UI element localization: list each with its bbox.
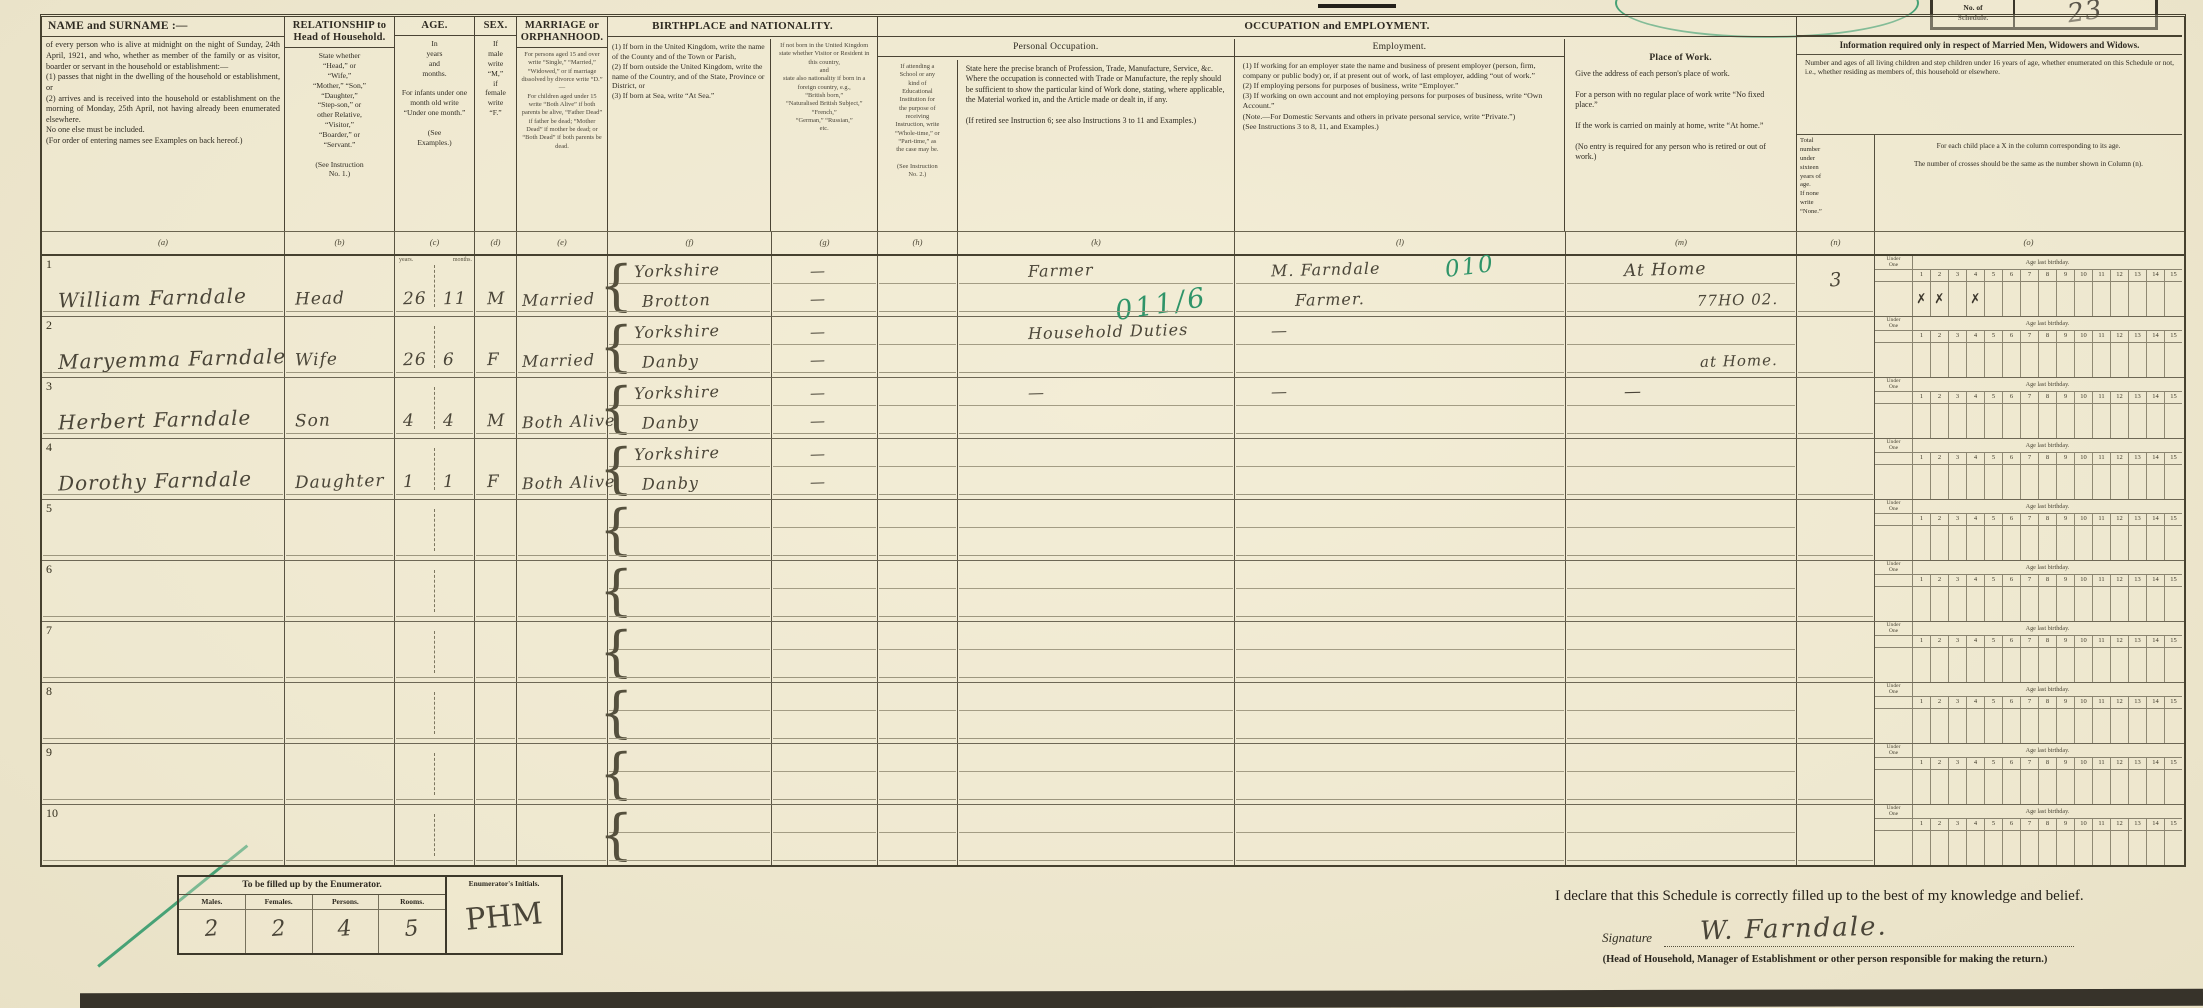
age-grid-number-11: 11 bbox=[2093, 270, 2111, 281]
birthplace-section-title: BIRTHPLACE and NATIONALITY. bbox=[608, 17, 877, 37]
age-grid-number-9: 9 bbox=[2057, 575, 2075, 586]
age-grid-number-12: 12 bbox=[2111, 758, 2129, 769]
name-handwritten: Herbert Farndale bbox=[58, 405, 252, 434]
cell-education bbox=[878, 805, 958, 865]
age-grid-numbers: 123456789101112131415 bbox=[1875, 758, 2182, 770]
age-grid-cell-7 bbox=[2021, 587, 2039, 621]
age-grid-cell-11 bbox=[2093, 465, 2111, 499]
cell-place-of-work bbox=[1566, 744, 1797, 804]
cell-total-children bbox=[1797, 317, 1875, 377]
age-grid-cell-13 bbox=[2129, 404, 2147, 438]
cell-relationship: Wife bbox=[285, 317, 395, 377]
age-grid-cell-15 bbox=[2165, 648, 2182, 682]
column-header-occupation-employment: OCCUPATION and EMPLOYMENT. Personal Occu… bbox=[878, 17, 1797, 231]
age-grid-number-11: 11 bbox=[2093, 636, 2111, 647]
age-grid-heading: Age last birthday. bbox=[1913, 683, 2182, 696]
cell-age bbox=[395, 683, 475, 743]
age-grid-cell-1 bbox=[1913, 587, 1931, 621]
age-grid-number-3: 3 bbox=[1949, 331, 1967, 342]
age-grid-heading: Age last birthday. bbox=[1913, 744, 2182, 757]
age-grid-number-2: 2 bbox=[1931, 514, 1949, 525]
age-grid-cell-11 bbox=[2093, 526, 2111, 560]
table-row-8: 8{Under OneAge last birthday.12345678910… bbox=[42, 683, 2184, 744]
married-info-para: Number and ages of all living children a… bbox=[1797, 55, 2182, 80]
total-children-handwritten: 3 bbox=[1828, 269, 1843, 292]
age-grid-under-one-numcell bbox=[1875, 636, 1913, 647]
married-info-box: Information required only in respect of … bbox=[1797, 35, 2182, 231]
cell-employment bbox=[1235, 622, 1566, 682]
birthplace-brace: { bbox=[599, 625, 633, 679]
birthplace-brace: { bbox=[599, 320, 633, 374]
cell-name: 5 bbox=[42, 500, 285, 560]
occupation-subcolumns: Personal Occupation. If attending a Scho… bbox=[878, 39, 1796, 231]
age-grid-cell-14 bbox=[2147, 343, 2165, 377]
birthplace-subcolumns: (1) If born in the United Kingdom, write… bbox=[608, 39, 877, 231]
cell-place-of-work bbox=[1566, 500, 1797, 560]
cell-education bbox=[878, 256, 958, 316]
name-handwritten: William Farndale bbox=[58, 284, 247, 313]
age-grid-number-8: 8 bbox=[2039, 514, 2057, 525]
age-grid-number-11: 11 bbox=[2093, 575, 2111, 586]
age-grid-under-one-cell bbox=[1875, 343, 1913, 377]
age-grid-number-6: 6 bbox=[2003, 270, 2021, 281]
cell-total-children bbox=[1797, 683, 1875, 743]
marriage-column-desc: For persons aged 15 and over write “Sing… bbox=[517, 48, 607, 154]
cell-place-of-work: At Home77HO 02. bbox=[1566, 256, 1797, 316]
cell-sex: M bbox=[475, 378, 517, 438]
age-grid-number-1: 1 bbox=[1913, 514, 1931, 525]
age-grid-cell-4 bbox=[1967, 709, 1985, 743]
age-grid-cell-4 bbox=[1967, 465, 1985, 499]
cell-age-grid: Under OneAge last birthday.1234567891011… bbox=[1875, 805, 2182, 865]
age-grid-cell-11 bbox=[2093, 587, 2111, 621]
age-grid-header: Under OneAge last birthday. bbox=[1875, 561, 2182, 575]
column-header-marriage: MARRIAGE or ORPHANHOOD. For persons aged… bbox=[517, 17, 608, 231]
nationality-line1-handwritten: — bbox=[810, 323, 826, 341]
cell-age-grid: Under OneAge last birthday.1234567891011… bbox=[1875, 683, 2182, 743]
age-grid-number-4: 4 bbox=[1967, 758, 1985, 769]
ink-dash-mark bbox=[1318, 4, 1396, 8]
age-grid-cell-10 bbox=[2075, 648, 2093, 682]
age-grid-number-3: 3 bbox=[1949, 514, 1967, 525]
cell-age-grid: Under OneAge last birthday.1234567891011… bbox=[1875, 317, 2182, 377]
age-grid-cell-9 bbox=[2057, 770, 2075, 804]
age-grid-heading: Age last birthday. bbox=[1913, 805, 2182, 818]
occupation-desc-subcolumn: State here the precise branch of Profess… bbox=[958, 60, 1234, 231]
name-column-desc: of every person who is alive at midnight… bbox=[42, 37, 284, 150]
age-grid-number-13: 13 bbox=[2129, 270, 2147, 281]
age-grid-cell-14 bbox=[2147, 526, 2165, 560]
age-grid-number-8: 8 bbox=[2039, 758, 2057, 769]
age-grid-cell-2 bbox=[1931, 526, 1949, 560]
cell-total-children bbox=[1797, 439, 1875, 499]
cell-age bbox=[395, 500, 475, 560]
age-grid-cell-15 bbox=[2165, 465, 2182, 499]
age-grid-number-13: 13 bbox=[2129, 758, 2147, 769]
age-grid-number-6: 6 bbox=[2003, 697, 2021, 708]
age-grid-cell-5 bbox=[1985, 343, 2003, 377]
age-grid-number-10: 10 bbox=[2075, 331, 2093, 342]
cell-age: 44 bbox=[395, 378, 475, 438]
age-years-months-divider bbox=[434, 509, 435, 551]
age-grid-number-4: 4 bbox=[1967, 453, 1985, 464]
nationality-line2-handwritten: — bbox=[810, 473, 826, 491]
age-grid-header: Under OneAge last birthday. bbox=[1875, 439, 2182, 453]
table-row-5: 5{Under OneAge last birthday.12345678910… bbox=[42, 500, 2184, 561]
age-grid-cell-9 bbox=[2057, 404, 2075, 438]
age-grid: Under OneAge last birthday.1234567891011… bbox=[1875, 317, 2182, 377]
age-grid-numbers: 123456789101112131415 bbox=[1875, 453, 2182, 465]
column-letters-row: (a)(b)(c)(d)(e)(f)(g)(h)(k)(l)(m)(n)(o) bbox=[42, 231, 2184, 256]
column-letter-n: (n) bbox=[1797, 232, 1875, 254]
employment-code-green: 010 bbox=[1444, 251, 1497, 283]
age-grid-under-one-cell bbox=[1875, 709, 1913, 743]
cell-age-grid: Under OneAge last birthday.1234567891011… bbox=[1875, 561, 2182, 621]
age-grid-cells bbox=[1875, 404, 2182, 438]
cell-employment: — bbox=[1235, 378, 1566, 438]
age-years-months-divider bbox=[434, 326, 435, 368]
personal-occupation-title: Personal Occupation. bbox=[878, 39, 1234, 57]
age-grid-cell-8 bbox=[2039, 648, 2057, 682]
age-grid-cell-9 bbox=[2057, 709, 2075, 743]
age-grid-cell-5 bbox=[1985, 709, 2003, 743]
nationality-line1-handwritten: — bbox=[810, 445, 826, 463]
age-grid-cell-1 bbox=[1913, 465, 1931, 499]
age-grid-cell-10 bbox=[2075, 465, 2093, 499]
age-grid-cell-11 bbox=[2093, 282, 2111, 316]
age-unit-labels: years.months. bbox=[399, 257, 472, 263]
age-grid-cell-8 bbox=[2039, 404, 2057, 438]
age-grid-number-10: 10 bbox=[2075, 636, 2093, 647]
age-grid-cell-3 bbox=[1949, 404, 1967, 438]
age-grid-number-8: 8 bbox=[2039, 575, 2057, 586]
age-grid-cell-11 bbox=[2093, 648, 2111, 682]
cell-occupation: — bbox=[958, 378, 1235, 438]
cell-occupation bbox=[958, 805, 1235, 865]
birthplace-county-handwritten: Yorkshire bbox=[634, 321, 720, 342]
age-grid-under-one-label: Under One bbox=[1875, 561, 1913, 574]
age-grid-cell-6 bbox=[2003, 404, 2021, 438]
age-months-handwritten: 1 bbox=[443, 472, 455, 492]
cell-occupation bbox=[958, 683, 1235, 743]
age-grid-cell-9 bbox=[2057, 465, 2075, 499]
age-grid-cell-4 bbox=[1967, 343, 1985, 377]
birthplace-brace: { bbox=[599, 381, 633, 435]
age-grid-number-14: 14 bbox=[2147, 514, 2165, 525]
cell-birthplace: {YorkshireDanby bbox=[608, 378, 772, 438]
age-grid-number-11: 11 bbox=[2093, 453, 2111, 464]
cell-age: 11 bbox=[395, 439, 475, 499]
age-grid-cell-5 bbox=[1985, 831, 2003, 865]
age-grid-number-9: 9 bbox=[2057, 453, 2075, 464]
birthplace-brace: { bbox=[599, 442, 633, 496]
age-grid-cell-14 bbox=[2147, 404, 2165, 438]
cell-nationality bbox=[772, 561, 878, 621]
age-grid-number-15: 15 bbox=[2165, 758, 2182, 769]
place-of-work-line2-handwritten: 77HO 02. bbox=[1697, 290, 1779, 310]
age-grid-cell-5 bbox=[1985, 526, 2003, 560]
age-grid-cell-13 bbox=[2129, 587, 2147, 621]
age-grid-number-3: 3 bbox=[1949, 392, 1967, 403]
enumerator-col-label-persons: Persons. bbox=[313, 895, 380, 909]
cell-relationship: Head bbox=[285, 256, 395, 316]
age-grid-number-2: 2 bbox=[1931, 636, 1949, 647]
cell-name: 4Dorothy Farndale bbox=[42, 439, 285, 499]
age-grid-cell-12 bbox=[2111, 343, 2129, 377]
sex-handwritten: M bbox=[487, 289, 506, 309]
age-grid-under-one-numcell bbox=[1875, 392, 1913, 403]
age-grid-cell-3 bbox=[1949, 526, 1967, 560]
age-grid-number-2: 2 bbox=[1931, 453, 1949, 464]
cell-age-grid: Under OneAge last birthday.1234567891011… bbox=[1875, 500, 2182, 560]
age-grid-cell-12 bbox=[2111, 648, 2129, 682]
nationality-line2-handwritten: — bbox=[810, 412, 826, 430]
education-subcolumn: If attending a School or any kind of Edu… bbox=[878, 60, 958, 231]
age-grid-cell-2 bbox=[1931, 587, 1949, 621]
enumerator-value-cell: 2 bbox=[179, 910, 246, 953]
age-years-months-divider bbox=[434, 692, 435, 734]
age-grid-under-one-cell bbox=[1875, 831, 1913, 865]
age-grid-number-9: 9 bbox=[2057, 758, 2075, 769]
age-grid-cell-13 bbox=[2129, 648, 2147, 682]
age-grid-number-7: 7 bbox=[2021, 636, 2039, 647]
age-grid-under-one-cell bbox=[1875, 282, 1913, 316]
age-grid-cell-8 bbox=[2039, 770, 2057, 804]
age-grid-cell-10 bbox=[2075, 343, 2093, 377]
enumerator-col-label-rooms: Rooms. bbox=[379, 895, 445, 909]
age-grid-cell-1 bbox=[1913, 343, 1931, 377]
cell-birthplace: { bbox=[608, 805, 772, 865]
age-grid-cell-8 bbox=[2039, 465, 2057, 499]
age-grid-under-one-cell bbox=[1875, 404, 1913, 438]
age-grid-cell-11 bbox=[2093, 709, 2111, 743]
cell-sex: F bbox=[475, 317, 517, 377]
age-grid-cell-3 bbox=[1949, 587, 1967, 621]
signature-handwritten: W. Farndale. bbox=[1700, 912, 1889, 947]
column-letter-l: (l) bbox=[1235, 232, 1566, 254]
nationality-line2-handwritten: — bbox=[810, 290, 826, 308]
age-grid-number-5: 5 bbox=[1985, 758, 2003, 769]
age-grid-cell-4 bbox=[1967, 587, 1985, 621]
age-grid-heading: Age last birthday. bbox=[1913, 317, 2182, 330]
age-grid-number-12: 12 bbox=[2111, 697, 2129, 708]
cell-occupation bbox=[958, 744, 1235, 804]
age-grid-cell-6 bbox=[2003, 831, 2021, 865]
age-grid-number-13: 13 bbox=[2129, 331, 2147, 342]
cell-age: 266 bbox=[395, 317, 475, 377]
column-letter-f: (f) bbox=[608, 232, 772, 254]
age-grid-cell-12 bbox=[2111, 587, 2129, 621]
column-letter-c: (c) bbox=[395, 232, 475, 254]
age-grid-number-14: 14 bbox=[2147, 819, 2165, 830]
cell-sex bbox=[475, 622, 517, 682]
age-grid-numbers: 123456789101112131415 bbox=[1875, 270, 2182, 282]
cell-marriage bbox=[517, 622, 608, 682]
age-grid-cell-13 bbox=[2129, 526, 2147, 560]
enumerator-box: To be filled up by the Enumerator. Males… bbox=[177, 875, 563, 955]
age-grid-number-3: 3 bbox=[1949, 819, 1967, 830]
age-grid-cell-4 bbox=[1967, 526, 1985, 560]
age-grid-number-10: 10 bbox=[2075, 697, 2093, 708]
age-grid-cell-5 bbox=[1985, 465, 2003, 499]
age-grid: Under OneAge last birthday.1234567891011… bbox=[1875, 683, 2182, 743]
age-years-months-divider bbox=[434, 448, 435, 490]
age-grid-cell-9 bbox=[2057, 831, 2075, 865]
age-grid-under-one-label: Under One bbox=[1875, 317, 1913, 330]
age-grid-cell-3 bbox=[1949, 465, 1967, 499]
census-schedule-page: No. of Schedule. 23 NAME and SURNAME :— … bbox=[0, 0, 2203, 1008]
age-grid-number-9: 9 bbox=[2057, 270, 2075, 281]
age-grid-cell-12 bbox=[2111, 709, 2129, 743]
age-grid-cell-2 bbox=[1931, 709, 1949, 743]
cell-total-children bbox=[1797, 622, 1875, 682]
age-grid-number-3: 3 bbox=[1949, 697, 1967, 708]
age-grid-number-13: 13 bbox=[2129, 697, 2147, 708]
enumerator-initials-handwritten: PHM bbox=[464, 896, 544, 938]
cell-total-children bbox=[1797, 561, 1875, 621]
nationality-subcolumn: If not born in the United Kingdom state … bbox=[771, 39, 877, 231]
age-grid-under-one-numcell bbox=[1875, 697, 1913, 708]
age-grid-number-11: 11 bbox=[2093, 758, 2111, 769]
age-grid-cell-4 bbox=[1967, 770, 1985, 804]
age-grid-cell-8 bbox=[2039, 343, 2057, 377]
age-grid-number-9: 9 bbox=[2057, 331, 2075, 342]
age-grid-number-15: 15 bbox=[2165, 392, 2182, 403]
age-grid-number-1: 1 bbox=[1913, 392, 1931, 403]
age-grid-heading: Age last birthday. bbox=[1913, 256, 2182, 269]
age-grid: Under OneAge last birthday.1234567891011… bbox=[1875, 622, 2182, 682]
cell-education bbox=[878, 683, 958, 743]
cell-sex bbox=[475, 805, 517, 865]
age-grid-number-5: 5 bbox=[1985, 819, 2003, 830]
birthplace-brace: { bbox=[599, 808, 633, 862]
cell-sex bbox=[475, 561, 517, 621]
age-grid-under-one-numcell bbox=[1875, 453, 1913, 464]
cell-employment: — bbox=[1235, 317, 1566, 377]
cell-employment bbox=[1235, 683, 1566, 743]
age-grid-under-one-cell bbox=[1875, 587, 1913, 621]
cross-instructions: For each child place a X in the column c… bbox=[1875, 135, 2182, 231]
age-grid-cell-2 bbox=[1931, 465, 1949, 499]
age-grid-number-8: 8 bbox=[2039, 636, 2057, 647]
age-grid-number-14: 14 bbox=[2147, 575, 2165, 586]
table-row-10: 10{Under OneAge last birthday.1234567891… bbox=[42, 805, 2184, 865]
age-grid-number-10: 10 bbox=[2075, 514, 2093, 525]
table-row-7: 7{Under OneAge last birthday.12345678910… bbox=[42, 622, 2184, 683]
age-grid-cell-7 bbox=[2021, 343, 2039, 377]
cell-birthplace: { bbox=[608, 683, 772, 743]
cell-employment bbox=[1235, 439, 1566, 499]
enumerator-initials-cell: PHM bbox=[447, 893, 561, 953]
cell-nationality: —— bbox=[772, 256, 878, 316]
declaration-caption: (Head of Household, Manager of Establish… bbox=[1545, 954, 2105, 965]
enumerator-value-handwritten: 4 bbox=[337, 916, 354, 942]
enumerator-values: 2245 bbox=[179, 910, 445, 953]
age-grid-cell-15 bbox=[2165, 282, 2182, 316]
column-letter-o: (o) bbox=[1875, 232, 2182, 254]
age-years-handwritten: 26 bbox=[403, 289, 427, 310]
age-grid-number-5: 5 bbox=[1985, 697, 2003, 708]
marriage-handwritten: Married bbox=[522, 289, 596, 310]
birthplace-brace: { bbox=[599, 747, 633, 801]
cell-occupation bbox=[958, 561, 1235, 621]
cell-name: 3Herbert Farndale bbox=[42, 378, 285, 438]
employment-desc: (1) If working for an employer state the… bbox=[1235, 57, 1565, 136]
table-row-2: 2Maryemma FarndaleWife266FMarried{Yorksh… bbox=[42, 317, 2184, 378]
age-grid-number-4: 4 bbox=[1967, 697, 1985, 708]
age-grid-cell-6 bbox=[2003, 526, 2021, 560]
enumerator-value-handwritten: 2 bbox=[270, 916, 287, 942]
occupation-handwritten: Farmer bbox=[1028, 260, 1094, 281]
age-grid-under-one-label: Under One bbox=[1875, 622, 1913, 635]
age-grid-header: Under OneAge last birthday. bbox=[1875, 683, 2182, 697]
cell-age-grid: Under OneAge last birthday.1234567891011… bbox=[1875, 622, 2182, 682]
cross-instruction-1: For each child place a X in the column c… bbox=[1885, 141, 2172, 151]
age-grid-heading: Age last birthday. bbox=[1913, 439, 2182, 452]
age-grid-number-13: 13 bbox=[2129, 636, 2147, 647]
age-grid: Under OneAge last birthday.1234567891011… bbox=[1875, 805, 2182, 865]
cell-relationship bbox=[285, 805, 395, 865]
employment-line1-handwritten: — bbox=[1271, 321, 1288, 340]
age-grid-number-6: 6 bbox=[2003, 575, 2021, 586]
cell-place-of-work bbox=[1566, 805, 1797, 865]
age-years-months-divider bbox=[434, 387, 435, 429]
row-number: 1 bbox=[46, 257, 52, 272]
cell-sex bbox=[475, 744, 517, 804]
age-grid-number-15: 15 bbox=[2165, 331, 2182, 342]
age-grid-cell-14 bbox=[2147, 282, 2165, 316]
age-grid-number-2: 2 bbox=[1931, 697, 1949, 708]
age-grid-header: Under OneAge last birthday. bbox=[1875, 805, 2182, 819]
row-number: 7 bbox=[46, 623, 52, 638]
sex-handwritten: M bbox=[487, 411, 506, 431]
age-grid-cell-7 bbox=[2021, 648, 2039, 682]
age-grid-number-3: 3 bbox=[1949, 270, 1967, 281]
cell-marriage bbox=[517, 683, 608, 743]
enumerator-col-label-females: Females. bbox=[246, 895, 313, 909]
age-grid-number-1: 1 bbox=[1913, 575, 1931, 586]
age-grid-header: Under OneAge last birthday. bbox=[1875, 500, 2182, 514]
age-grid-numbers: 123456789101112131415 bbox=[1875, 819, 2182, 831]
enumerator-column-labels: Males.Females.Persons.Rooms. bbox=[179, 895, 445, 910]
cell-occupation bbox=[958, 500, 1235, 560]
age-grid-number-12: 12 bbox=[2111, 331, 2129, 342]
age-grid-cell-3 bbox=[1949, 770, 1967, 804]
relationship-handwritten: Daughter bbox=[295, 471, 385, 493]
age-grid-cell-7 bbox=[2021, 282, 2039, 316]
birthplace-subcolumn: (1) If born in the United Kingdom, write… bbox=[608, 39, 771, 231]
age-grid-cell-9 bbox=[2057, 282, 2075, 316]
age-grid-under-one-label: Under One bbox=[1875, 256, 1913, 269]
relationship-column-desc: State whether “Head,” or “Wife,” “Mother… bbox=[285, 48, 394, 182]
age-grid-number-4: 4 bbox=[1967, 392, 1985, 403]
cell-birthplace: { bbox=[608, 561, 772, 621]
age-grid-number-8: 8 bbox=[2039, 819, 2057, 830]
enumerator-initials-label: Enumerator's Initials. bbox=[447, 877, 561, 893]
age-grid-cell-15 bbox=[2165, 831, 2182, 865]
cell-employment: M. Farndale010Farmer. bbox=[1235, 256, 1566, 316]
age-grid: Under OneAge last birthday.1234567891011… bbox=[1875, 256, 2182, 316]
cell-nationality bbox=[772, 744, 878, 804]
birthplace-parish-handwritten: Danby bbox=[642, 351, 699, 371]
age-grid-cell-13 bbox=[2129, 343, 2147, 377]
cell-place-of-work bbox=[1566, 622, 1797, 682]
cell-education bbox=[878, 317, 958, 377]
age-grid-under-one-numcell bbox=[1875, 575, 1913, 586]
page-bottom-edge bbox=[80, 989, 2203, 1008]
age-grid-number-6: 6 bbox=[2003, 514, 2021, 525]
age-grid-number-12: 12 bbox=[2111, 819, 2129, 830]
